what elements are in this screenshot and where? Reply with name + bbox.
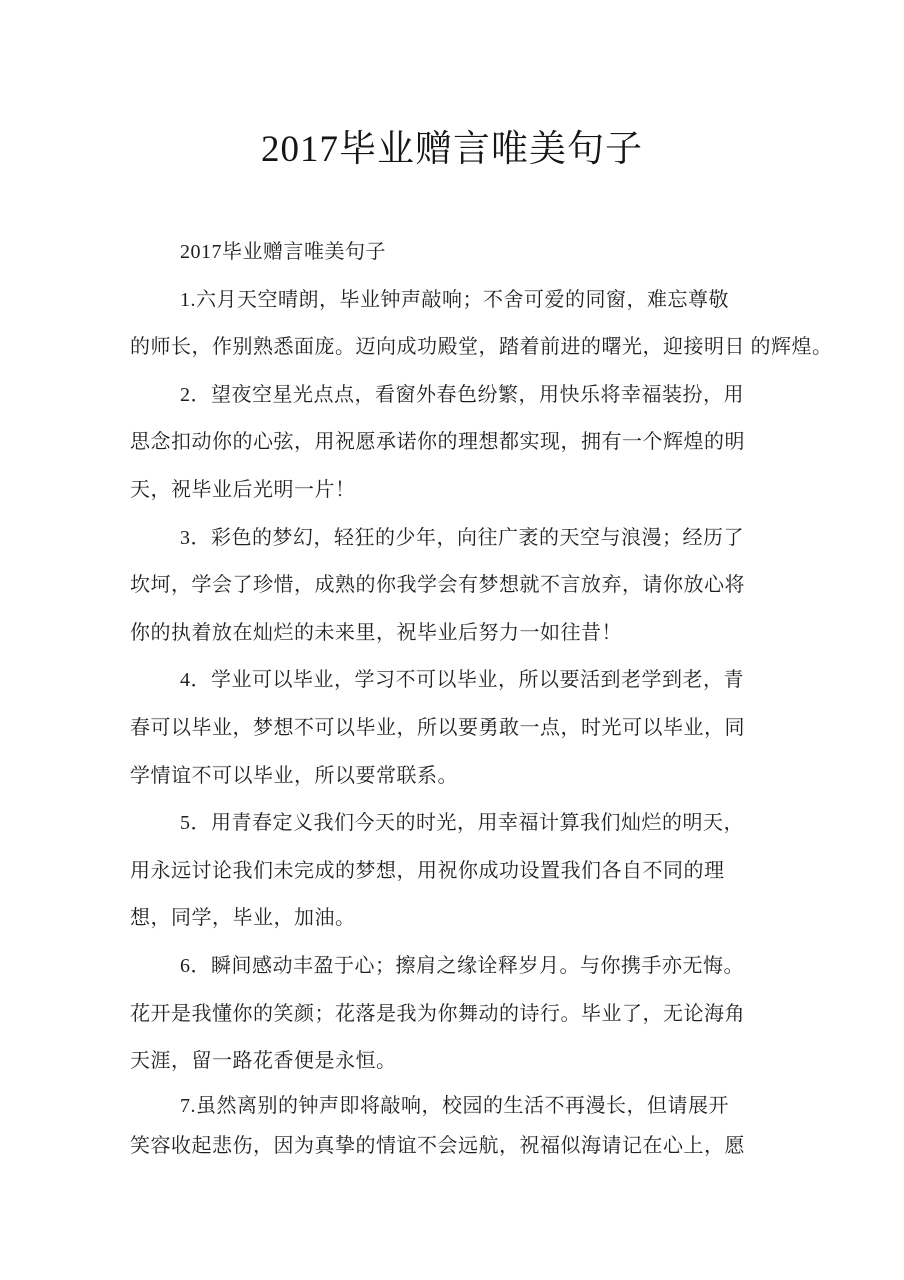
paragraph-line: 花开是我懂你的笑颜；花落是我为你舞动的诗行。毕业了，无论海角 (130, 991, 798, 1039)
paragraph: 7.虽然离别的钟声即将敲响，校园的生活不再漫长，但请展开笑容收起悲伤，因为真挚的… (130, 1086, 798, 1166)
paragraph: 5．用青春定义我们今天的时光，用幸福计算我们灿烂的明天，用永远讨论我们未完成的梦… (130, 800, 798, 943)
paragraph-line: 1.六月天空晴朗，毕业钟声敲响；不舍可爱的同窗，难忘尊敬 (130, 277, 798, 325)
paragraph-line: 2017毕业赠言唯美句子 (130, 229, 798, 277)
paragraph: 2017毕业赠言唯美句子 (130, 229, 798, 277)
paragraph-line: 用永远讨论我们未完成的梦想，用祝你成功设置我们各自不同的理 (130, 848, 798, 896)
paragraph-line: 的师长，作别熟悉面庞。迈向成功殿堂，踏着前进的曙光，迎接明日 的辉煌。 (130, 324, 798, 372)
paragraph-line: 4．学业可以毕业，学习不可以毕业，所以要活到老学到老，青 (130, 657, 798, 705)
paragraph-line: 你的执着放在灿烂的未来里，祝毕业后努力一如往昔！ (130, 610, 798, 658)
paragraph-line: 思念扣动你的心弦，用祝愿承诺你的理想都实现，拥有一个辉煌的明 (130, 419, 798, 467)
paragraph-line: 想，同学，毕业，加油。 (130, 895, 798, 943)
paragraph-line: 天涯，留一路花香便是永恒。 (130, 1038, 798, 1086)
paragraph-line: 6．瞬间感动丰盈于心；擦肩之缘诠释岁月。与你携手亦无悔。 (130, 943, 798, 991)
paragraph-line: 3．彩色的梦幻，轻狂的少年，向往广袤的天空与浪漫；经历了 (130, 515, 798, 563)
paragraph-line: 7.虽然离别的钟声即将敲响，校园的生活不再漫长，但请展开 (130, 1086, 798, 1126)
paragraph: 2．望夜空星光点点，看窗外春色纷繁，用快乐将幸福装扮，用思念扣动你的心弦，用祝愿… (130, 372, 798, 515)
paragraph-line: 天，祝毕业后光明一片！ (130, 467, 798, 515)
paragraph-line: 坎坷，学会了珍惜，成熟的你我学会有梦想就不言放弃，请你放心将 (130, 562, 798, 610)
paragraph: 4．学业可以毕业，学习不可以毕业，所以要活到老学到老，青春可以毕业，梦想不可以毕… (130, 657, 798, 800)
document-page: 2017毕业赠言唯美句子 2017毕业赠言唯美句子1.六月天空晴朗，毕业钟声敲响… (0, 0, 904, 1280)
document-body: 2017毕业赠言唯美句子1.六月天空晴朗，毕业钟声敲响；不舍可爱的同窗，难忘尊敬… (130, 229, 798, 1166)
paragraph-line: 5．用青春定义我们今天的时光，用幸福计算我们灿烂的明天， (130, 800, 798, 848)
paragraph: 3．彩色的梦幻，轻狂的少年，向往广袤的天空与浪漫；经历了坎坷，学会了珍惜，成熟的… (130, 515, 798, 658)
document-title: 2017毕业赠言唯美句子 (0, 128, 904, 172)
paragraph-line: 2．望夜空星光点点，看窗外春色纷繁，用快乐将幸福装扮，用 (130, 372, 798, 420)
paragraph: 1.六月天空晴朗，毕业钟声敲响；不舍可爱的同窗，难忘尊敬的师长，作别熟悉面庞。迈… (130, 277, 798, 372)
paragraph-line: 春可以毕业，梦想不可以毕业，所以要勇敢一点，时光可以毕业，同 (130, 705, 798, 753)
paragraph: 6．瞬间感动丰盈于心；擦肩之缘诠释岁月。与你携手亦无悔。花开是我懂你的笑颜；花落… (130, 943, 798, 1086)
paragraph-line: 笑容收起悲伤，因为真挚的情谊不会远航，祝福似海请记在心上，愿 (130, 1126, 798, 1166)
paragraph-line: 学情谊不可以毕业，所以要常联系。 (130, 753, 798, 801)
